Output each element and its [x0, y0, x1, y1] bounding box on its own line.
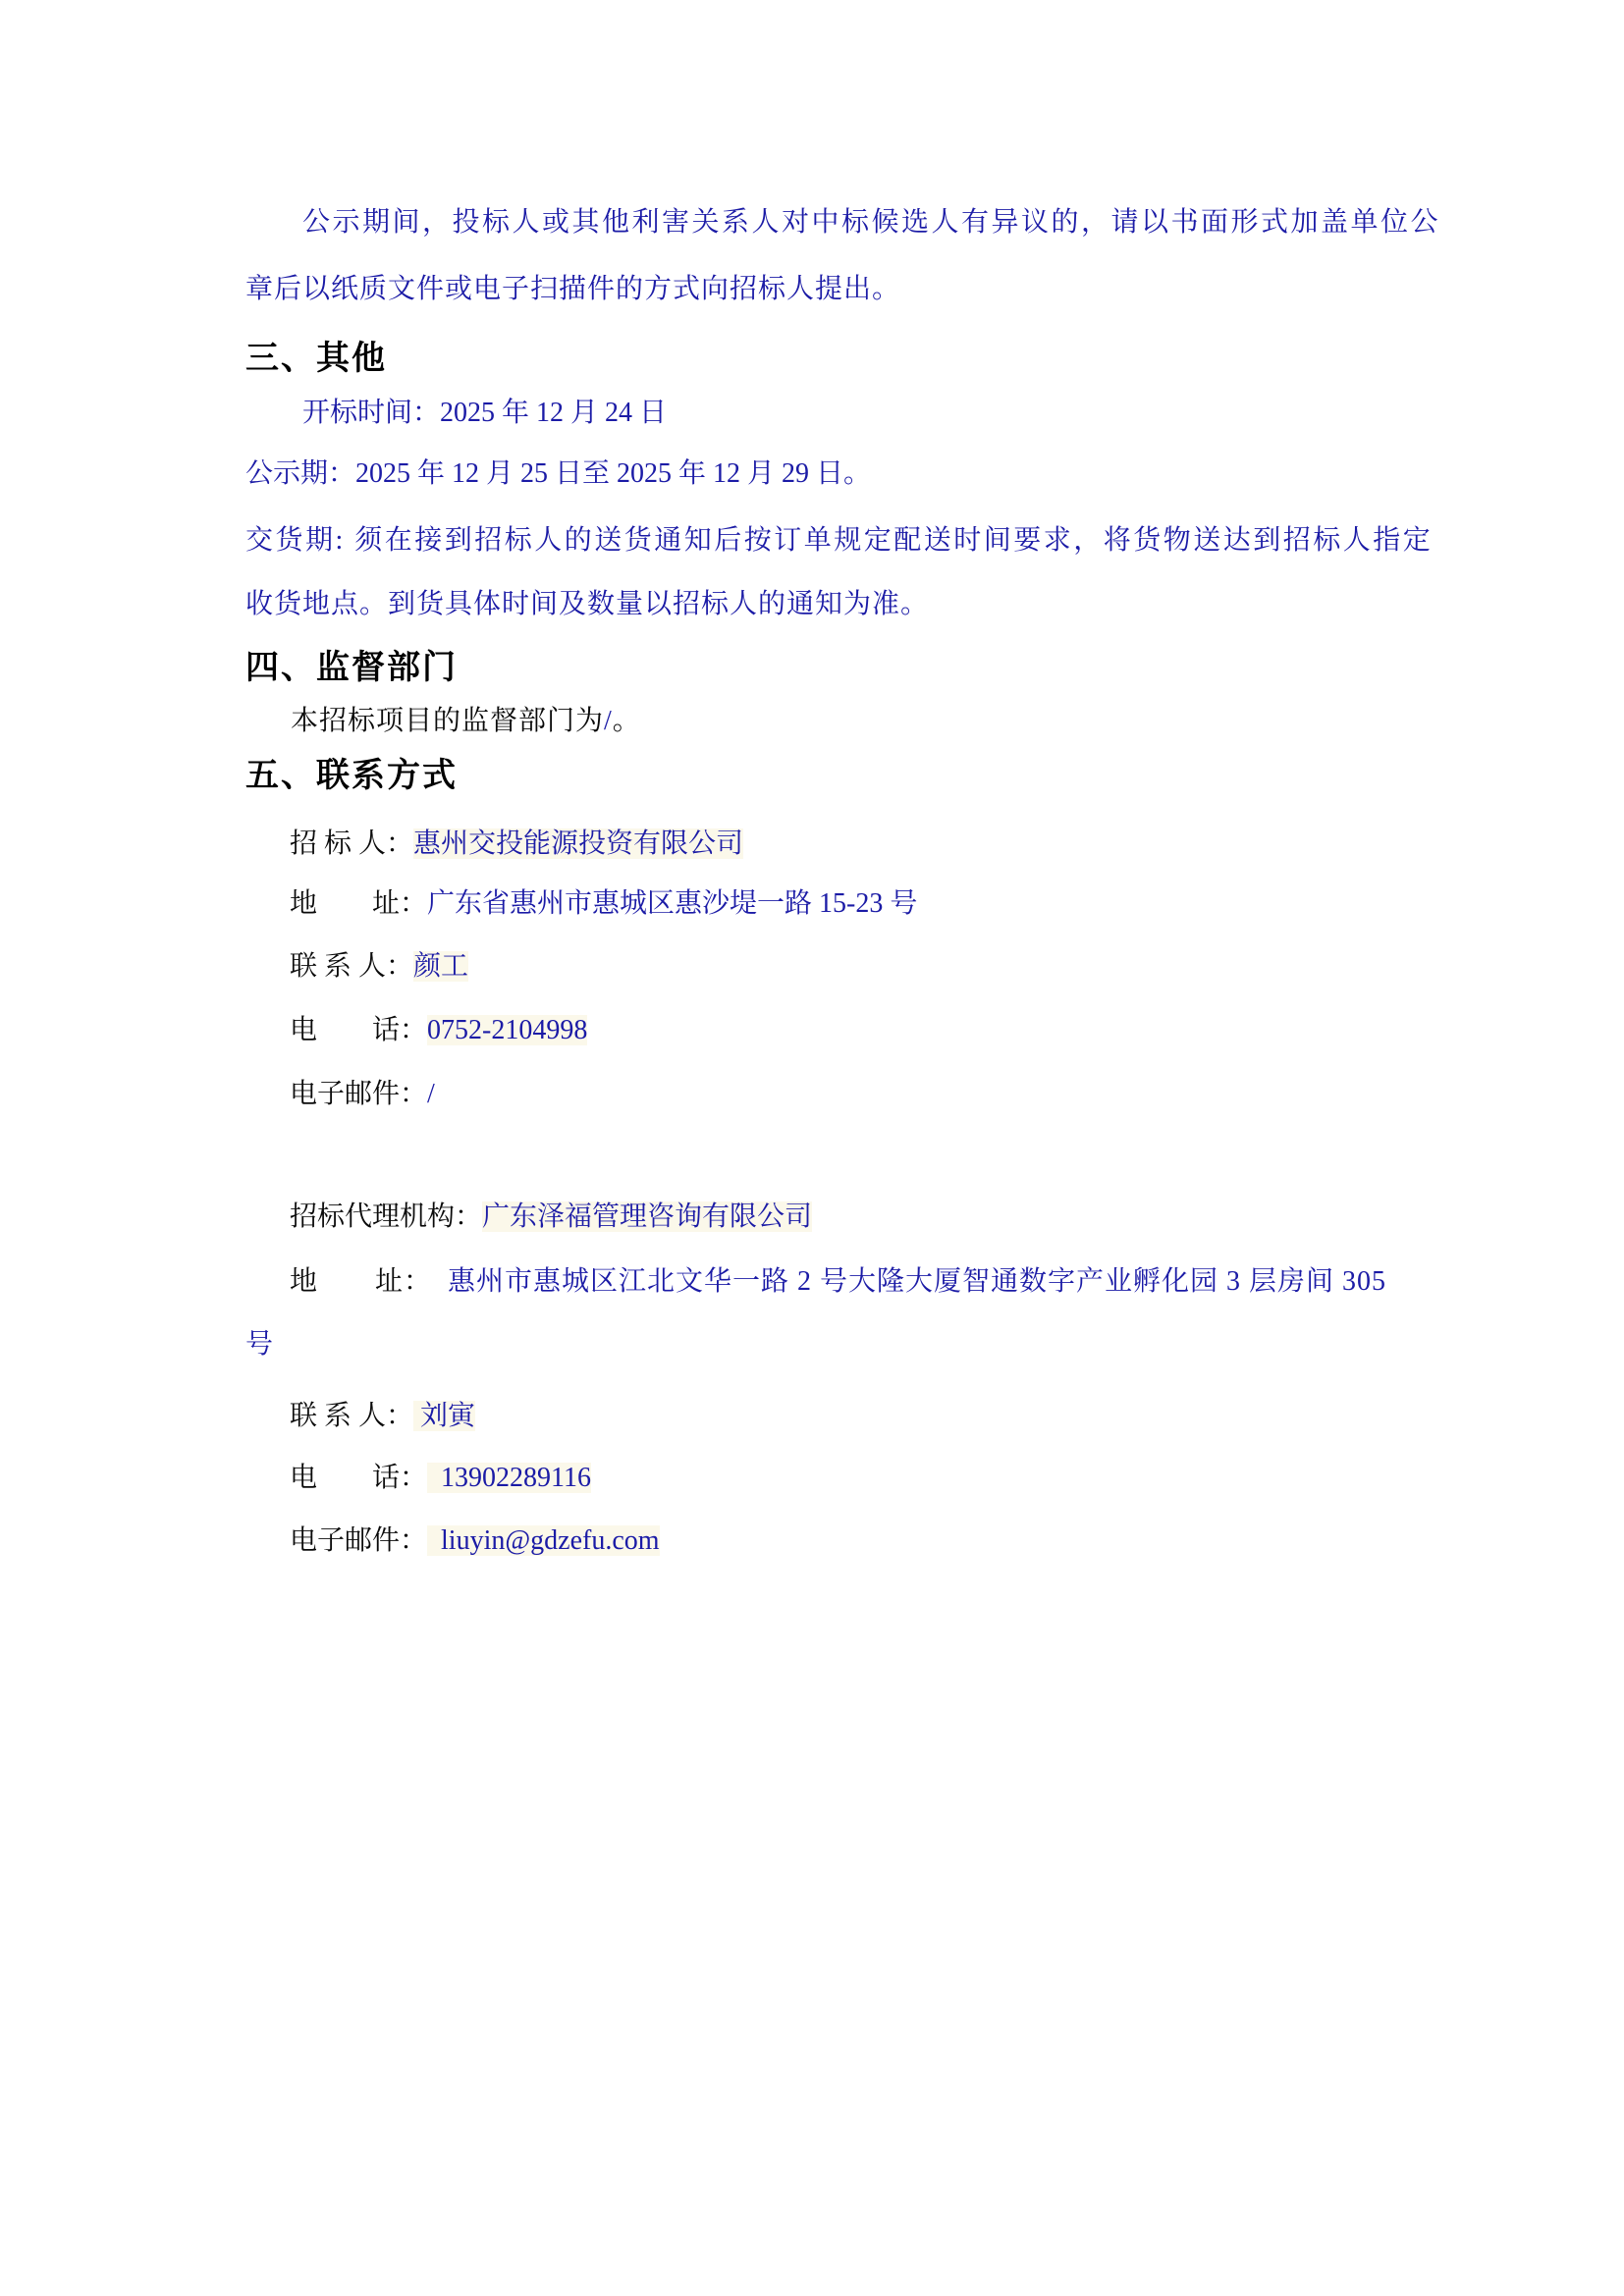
- field-value: liuyin@gdzefu.com: [427, 1525, 660, 1556]
- supervision-text-prefix: 本招标项目的监督部门为: [291, 706, 604, 736]
- section-contact-heading: 五、联系方式: [245, 756, 458, 795]
- notice-paragraph-line2: 章后以纸质文件或电子扫描件的方式向招标人提出。: [245, 272, 900, 307]
- agency-email-row: 电子邮件： liuyin@gdzefu.com: [245, 1523, 660, 1559]
- field-label: 招 标 人：: [290, 828, 413, 859]
- field-value: 广东泽福管理咨询有限公司: [482, 1201, 812, 1232]
- public-notice-period: 公示期：2025 年 12 月 25 日至 2025 年 12 月 29 日。: [245, 456, 871, 492]
- supervision-statement: 本招标项目的监督部门为/。: [245, 704, 641, 739]
- field-label: 地 址：: [290, 888, 427, 919]
- delivery-requirement-line1: 交货期: 须在接到招标人的送货通知后按订单规定配送时间要求，将货物送达到招标人指…: [245, 523, 1433, 559]
- field-value: 0752-2104998: [427, 1015, 587, 1045]
- field-label: 联 系 人：: [290, 1401, 413, 1431]
- section-other-heading: 三、其他: [245, 339, 387, 378]
- field-label: 地 址：: [290, 1266, 432, 1297]
- bid-open-time: 开标时间：2025 年 12 月 24 日: [245, 396, 667, 431]
- tenderer-name-row: 招 标 人：惠州交投能源投资有限公司: [245, 827, 743, 862]
- field-value: 惠州交投能源投资有限公司: [413, 828, 743, 859]
- agency-address-row-line2: 号: [245, 1327, 273, 1362]
- field-value: 刘寅: [413, 1401, 475, 1431]
- field-label: 招标代理机构：: [290, 1201, 482, 1232]
- field-value: 号: [245, 1329, 273, 1360]
- supervision-text-suffix: 。: [613, 706, 641, 736]
- supervision-value: /: [604, 706, 613, 736]
- tenderer-email-row: 电子邮件：/: [245, 1077, 435, 1112]
- field-value: /: [427, 1079, 435, 1109]
- agency-address-row-line1: 地 址： 惠州市惠城区江北文华一路 2 号大隆大厦智通数字产业孵化园 3 层房间…: [245, 1264, 1386, 1300]
- tenderer-address-row: 地 址：广东省惠州市惠城区惠沙堤一路 15-23 号: [245, 886, 917, 922]
- tenderer-phone-row: 电 话：0752-2104998: [245, 1013, 587, 1048]
- field-value: 颜工: [413, 951, 468, 982]
- field-label: 电 话：: [290, 1463, 427, 1493]
- delivery-requirement-line2: 收货地点。到货具体时间及数量以招标人的通知为准。: [245, 587, 929, 622]
- field-value: 惠州市惠城区江北文华一路 2 号大隆大厦智通数字产业孵化园 3 层房间 305: [432, 1266, 1386, 1297]
- field-label: 电 话：: [290, 1015, 427, 1045]
- agency-phone-row: 电 话： 13902289116: [245, 1461, 591, 1496]
- field-label: 联 系 人：: [290, 951, 413, 982]
- agency-contact-person-row: 联 系 人： 刘寅: [245, 1399, 475, 1434]
- field-value: 广东省惠州市惠城区惠沙堤一路 15-23 号: [427, 888, 917, 919]
- field-value: 13902289116: [427, 1463, 591, 1493]
- notice-paragraph-line1: 公示期间，投标人或其他利害关系人对中标候选人有异议的，请以书面形式加盖单位公: [245, 205, 1440, 240]
- field-label: 电子邮件：: [290, 1079, 427, 1109]
- section-supervision-heading: 四、监督部门: [245, 648, 458, 687]
- tenderer-contact-person-row: 联 系 人：颜工: [245, 949, 468, 985]
- agency-name-row: 招标代理机构：广东泽福管理咨询有限公司: [245, 1200, 812, 1235]
- document-page: 公示期间，投标人或其他利害关系人对中标候选人有异议的，请以书面形式加盖单位公 章…: [0, 0, 1624, 2296]
- field-label: 电子邮件：: [290, 1525, 427, 1556]
